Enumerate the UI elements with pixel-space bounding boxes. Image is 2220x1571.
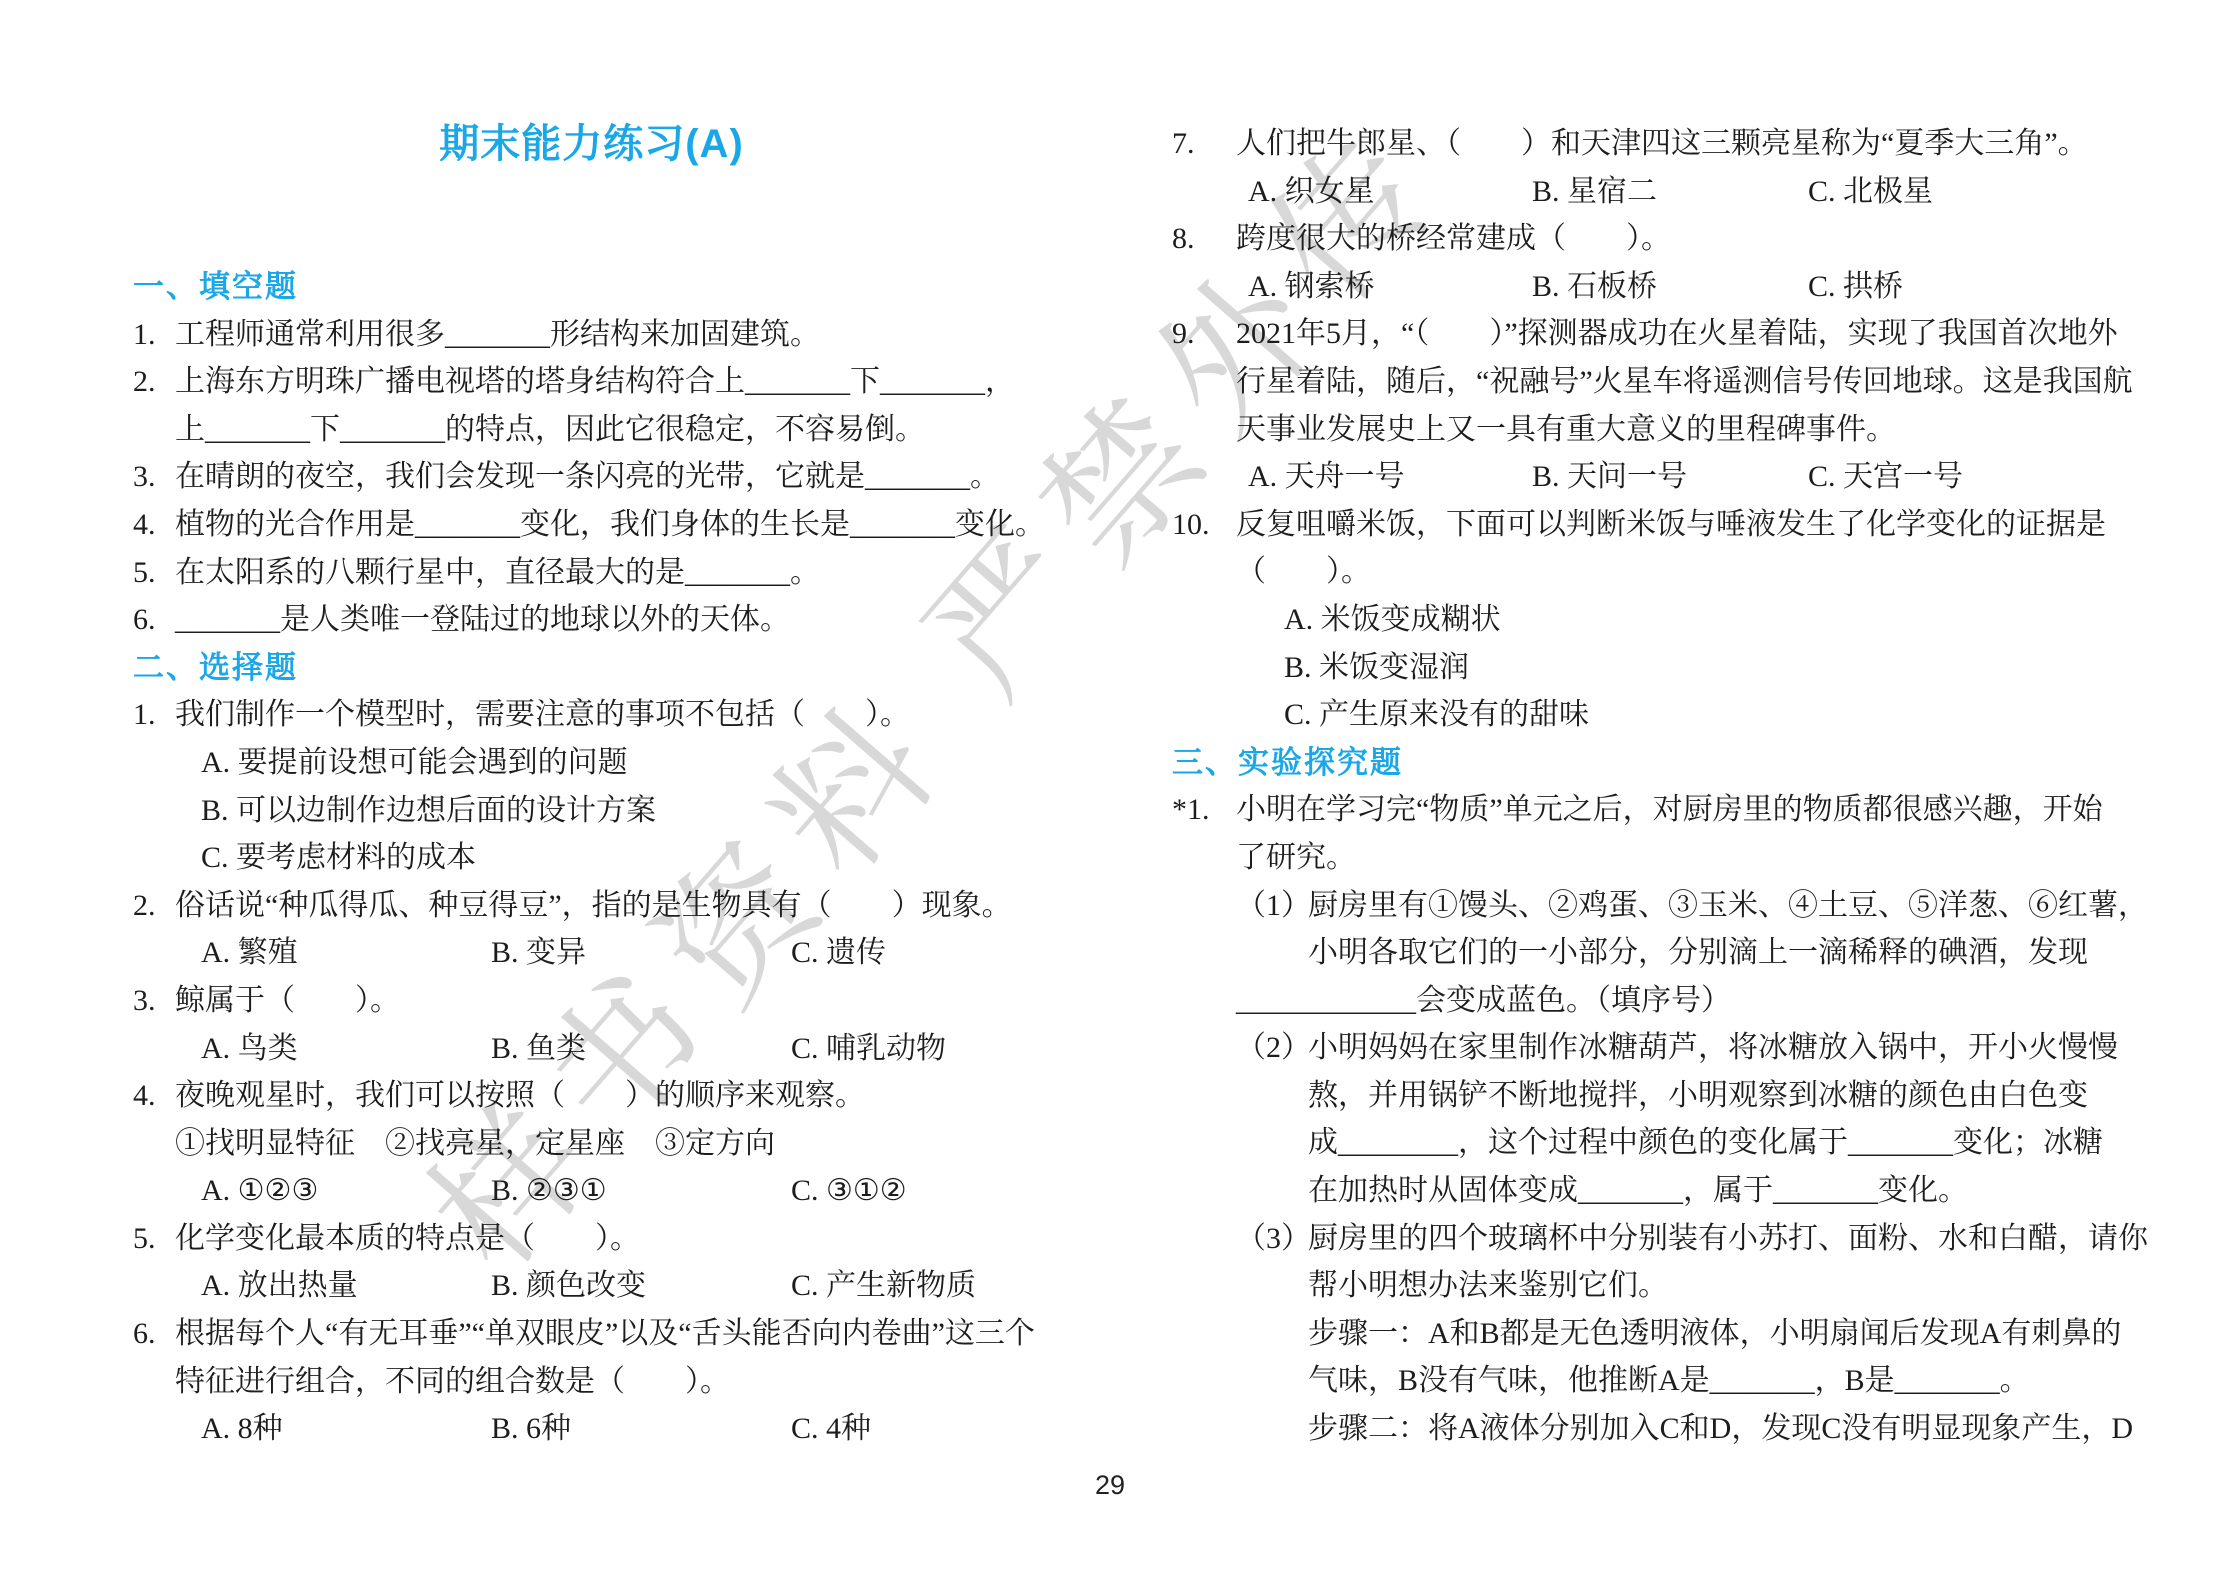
fill-question-6: 6._______是人类唯一登陆过的地球以外的天体。 <box>133 596 1063 644</box>
sub-question-2-cont: 熬，并用锅铲不断地搅拌，小明观察到冰糖的颜色由白色变 <box>1172 1072 2132 1120</box>
fill-question-3: 3.在晴朗的夜空，我们会发现一条闪亮的光带，它就是_______。 <box>133 453 1063 501</box>
choice-question-6: 6.根据每个人“有无耳垂”“单双眼皮”以及“舌头能否向内卷曲”这三个 <box>133 1310 1063 1358</box>
options-row: A. 钢索桥B. 石板桥C. 拱桥 <box>1172 263 2132 311</box>
option-c: C. 拱桥 <box>1808 270 1903 303</box>
question-number: 1. <box>133 691 175 739</box>
option-c: C. ③①② <box>791 1174 907 1207</box>
question-number: 8. <box>1172 215 1236 263</box>
choice-question-8: 8.跨度很大的桥经常建成（ ）。 <box>1172 215 2132 263</box>
choice-question-1: 1.我们制作一个模型时，需要注意的事项不包括（ ）。 <box>133 691 1063 739</box>
choice-question-10: 10.反复咀嚼米饭，下面可以判断米饭与唾液发生了化学变化的证据是 <box>1172 501 2132 549</box>
choice-question-7: 7.人们把牛郎星、（ ）和天津四这三颗亮星称为“夏季大三角”。 <box>1172 120 2132 168</box>
section-heading-fill-in: 一、填空题 <box>133 263 1063 311</box>
question-number: 4. <box>133 1072 175 1120</box>
options-row: A. 8种B. 6种C. 4种 <box>133 1405 1063 1453</box>
question-text: 人们把牛郎星、（ ）和天津四这三颗亮星称为“夏季大三角”。 <box>1236 127 2088 160</box>
sub-question-number: （2） <box>1236 1024 1308 1072</box>
fill-question-2-cont: 上_______下_______的特点，因此它很稳定，不容易倒。 <box>133 406 1063 454</box>
options-row: A. 天舟一号B. 天问一号C. 天宫一号 <box>1172 453 2132 501</box>
choice-question-3: 3.鲸属于（ ）。 <box>133 977 1063 1025</box>
question-text: 在晴朗的夜空，我们会发现一条闪亮的光带，它就是_______。 <box>175 460 1000 493</box>
sub-question-2-cont: 在加热时从固体变成_______，属于_______变化。 <box>1172 1167 2132 1215</box>
sub-question-number: （1） <box>1236 882 1308 930</box>
option-b: B. 天问一号 <box>1532 453 1808 501</box>
sub-question-1: （1）厨房里有①馒头、②鸡蛋、③玉米、④土豆、⑤洋葱、⑥红薯， <box>1172 882 2132 930</box>
option-a: A. 鸟类 <box>201 1025 491 1073</box>
sub-question-3-step-1: 步骤一：A和B都是无色透明液体，小明扇闻后发现A有刺鼻的 <box>1172 1310 2132 1358</box>
question-text: 鲸属于（ ）。 <box>175 984 400 1017</box>
sub-question-number: （3） <box>1236 1215 1308 1263</box>
option-c: C. 4种 <box>791 1412 871 1445</box>
page-title: 期末能力练习(A) <box>133 112 1050 169</box>
option-b: B. 鱼类 <box>491 1025 791 1073</box>
sub-question-1-cont: 小明各取它们的一小部分，分别滴上一滴稀释的碘酒，发现 <box>1172 929 2132 977</box>
question-text: 反复咀嚼米饭，下面可以判断米饭与唾液发生了化学变化的证据是 <box>1236 508 2106 541</box>
question-number: 1. <box>133 311 175 359</box>
choice-question-4: 4.夜晚观星时，我们可以按照（ ）的顺序来观察。 <box>133 1072 1063 1120</box>
sub-question-2: （2）小明妈妈在家里制作冰糖葫芦，将冰糖放入锅中，开小火慢慢 <box>1172 1024 2132 1072</box>
sub-question-2-cont: 成________，这个过程中颜色的变化属于_______变化；冰糖 <box>1172 1119 2132 1167</box>
options-row: A. 繁殖B. 变异C. 遗传 <box>133 929 1063 977</box>
option-b: B. 米饭变湿润 <box>1172 644 2132 692</box>
fill-question-2: 2.上海东方明珠广播电视塔的塔身结构符合上_______下_______， <box>133 358 1063 406</box>
sub-question-3-step-1-cont: 气味，B没有气味，他推断A是_______，B是_______。 <box>1172 1357 2132 1405</box>
question-text: 俗话说“种瓜得瓜、种豆得豆”，指的是生物具有（ ）现象。 <box>175 889 1012 922</box>
option-c: C. 要考虑材料的成本 <box>133 834 1063 882</box>
options-row: A. ①②③B. ②③①C. ③①② <box>133 1167 1063 1215</box>
question-text: 小明在学习完“物质”单元之后，对厨房里的物质都很感兴趣，开始 <box>1236 793 2103 826</box>
question-number: 4. <box>133 501 175 549</box>
option-b: B. 可以边制作边想后面的设计方案 <box>133 787 1063 835</box>
choice-question-6-cont: 特征进行组合，不同的组合数是（ ）。 <box>133 1358 1063 1406</box>
choice-question-2: 2.俗话说“种瓜得瓜、种豆得豆”，指的是生物具有（ ）现象。 <box>133 882 1063 930</box>
option-a: A. 繁殖 <box>201 929 491 977</box>
choice-question-9-cont: 天事业发展史上又一具有重大意义的里程碑事件。 <box>1172 406 2132 454</box>
choice-question-10-cont: （ ）。 <box>1172 548 2132 596</box>
sub-question-text: 厨房里的四个玻璃杯中分别装有小苏打、面粉、水和白醋，请你 <box>1308 1222 2148 1255</box>
option-b: B. 石板桥 <box>1532 263 1808 311</box>
option-c: C. 哺乳动物 <box>791 1032 946 1065</box>
experiment-question-1: *1.小明在学习完“物质”单元之后，对厨房里的物质都很感兴趣，开始 <box>1172 786 2132 834</box>
question-number: 2. <box>133 358 175 406</box>
option-c: C. 产生新物质 <box>791 1269 976 1302</box>
sub-question-3-cont: 帮小明想办法来鉴别它们。 <box>1172 1262 2132 1310</box>
experiment-question-1-cont: 了研究。 <box>1172 834 2132 882</box>
question-number: *1. <box>1172 786 1236 834</box>
option-a: A. 放出热量 <box>201 1262 491 1310</box>
sub-question-3-step-2: 步骤二：将A液体分别加入C和D，发现C没有明显现象产生，D <box>1172 1405 2132 1453</box>
question-text: 根据每个人“有无耳垂”“单双眼皮”以及“舌头能否向内卷曲”这三个 <box>175 1317 1035 1350</box>
choice-question-5: 5.化学变化最本质的特点是（ ）。 <box>133 1215 1063 1263</box>
question-text: 上海东方明珠广播电视塔的塔身结构符合上_______下_______， <box>175 365 1015 398</box>
question-number: 2. <box>133 882 175 930</box>
sub-question-1-blank-line: ____________会变成蓝色。（填序号） <box>1172 977 2132 1025</box>
question-number: 9. <box>1172 310 1236 358</box>
option-a: A. 8种 <box>201 1405 491 1453</box>
option-a: A. 天舟一号 <box>1248 453 1532 501</box>
fill-question-4: 4.植物的光合作用是_______变化，我们身体的生长是_______变化。 <box>133 501 1063 549</box>
question-number: 6. <box>133 1310 175 1358</box>
option-c: C. 天宫一号 <box>1808 460 1963 493</box>
option-b: B. 星宿二 <box>1532 168 1808 216</box>
option-a: A. ①②③ <box>201 1167 491 1215</box>
question-text: 化学变化最本质的特点是（ ）。 <box>175 1222 640 1255</box>
left-column: 一、填空题 1.工程师通常利用很多_______形结构来加固建筑。 2.上海东方… <box>133 263 1063 1453</box>
question-number: 3. <box>133 977 175 1025</box>
question-number: 10. <box>1172 501 1236 549</box>
question-text: 2021年5月，“（ ）”探测器成功在火星着陆，实现了我国首次地外 <box>1236 317 2118 350</box>
option-c: C. 遗传 <box>791 936 886 969</box>
option-a: A. 米饭变成糊状 <box>1172 596 2132 644</box>
question-number: 5. <box>133 549 175 597</box>
section-heading-experiment: 三、实验探究题 <box>1172 739 2132 787</box>
option-a: A. 织女星 <box>1248 168 1532 216</box>
question-text: 夜晚观星时，我们可以按照（ ）的顺序来观察。 <box>175 1079 865 1112</box>
choice-question-9-cont: 行星着陆，随后，“祝融号”火星车将遥测信号传回地球。这是我国航 <box>1172 358 2132 406</box>
question-number: 3. <box>133 453 175 501</box>
question-text: 工程师通常利用很多_______形结构来加固建筑。 <box>175 318 820 351</box>
option-b: B. 变异 <box>491 929 791 977</box>
question-text: _______是人类唯一登陆过的地球以外的天体。 <box>175 603 790 636</box>
sub-question-text: 小明妈妈在家里制作冰糖葫芦，将冰糖放入锅中，开小火慢慢 <box>1308 1031 2118 1064</box>
option-a: A. 钢索桥 <box>1248 263 1532 311</box>
choice-question-4-items: ①找明显特征 ②找亮星，定星座 ③定方向 <box>133 1120 1063 1168</box>
option-b: B. 6种 <box>491 1405 791 1453</box>
option-a: A. 要提前设想可能会遇到的问题 <box>133 739 1063 787</box>
option-b: B. ②③① <box>491 1167 791 1215</box>
question-text: 跨度很大的桥经常建成（ ）。 <box>1236 222 1671 255</box>
options-row: A. 鸟类B. 鱼类C. 哺乳动物 <box>133 1025 1063 1073</box>
worksheet-page: 样书资料 严禁外传 期末能力练习(A) 一、填空题 1.工程师通常利用很多___… <box>0 0 2220 1571</box>
sub-question-text: 厨房里有①馒头、②鸡蛋、③玉米、④土豆、⑤洋葱、⑥红薯， <box>1308 889 2148 922</box>
question-text: 在太阳系的八颗行星中，直径最大的是_______。 <box>175 556 820 589</box>
option-b: B. 颜色改变 <box>491 1262 791 1310</box>
question-number: 5. <box>133 1215 175 1263</box>
question-text: 植物的光合作用是_______变化，我们身体的生长是_______变化。 <box>175 508 1045 541</box>
question-number: 7. <box>1172 120 1236 168</box>
right-column: 7.人们把牛郎星、（ ）和天津四这三颗亮星称为“夏季大三角”。 A. 织女星B.… <box>1172 120 2132 1453</box>
options-row: A. 织女星B. 星宿二C. 北极星 <box>1172 168 2132 216</box>
option-c: C. 产生原来没有的甜味 <box>1172 691 2132 739</box>
options-row: A. 放出热量B. 颜色改变C. 产生新物质 <box>133 1262 1063 1310</box>
choice-question-9: 9.2021年5月，“（ ）”探测器成功在火星着陆，实现了我国首次地外 <box>1172 310 2132 358</box>
option-c: C. 北极星 <box>1808 175 1933 208</box>
section-heading-choice: 二、选择题 <box>133 644 1063 692</box>
fill-question-5: 5.在太阳系的八颗行星中，直径最大的是_______。 <box>133 549 1063 597</box>
page-number: 29 <box>0 1470 2220 1501</box>
sub-question-3: （3）厨房里的四个玻璃杯中分别装有小苏打、面粉、水和白醋，请你 <box>1172 1215 2132 1263</box>
question-text: 我们制作一个模型时，需要注意的事项不包括（ ）。 <box>175 698 910 731</box>
fill-question-1: 1.工程师通常利用很多_______形结构来加固建筑。 <box>133 311 1063 359</box>
question-number: 6. <box>133 596 175 644</box>
